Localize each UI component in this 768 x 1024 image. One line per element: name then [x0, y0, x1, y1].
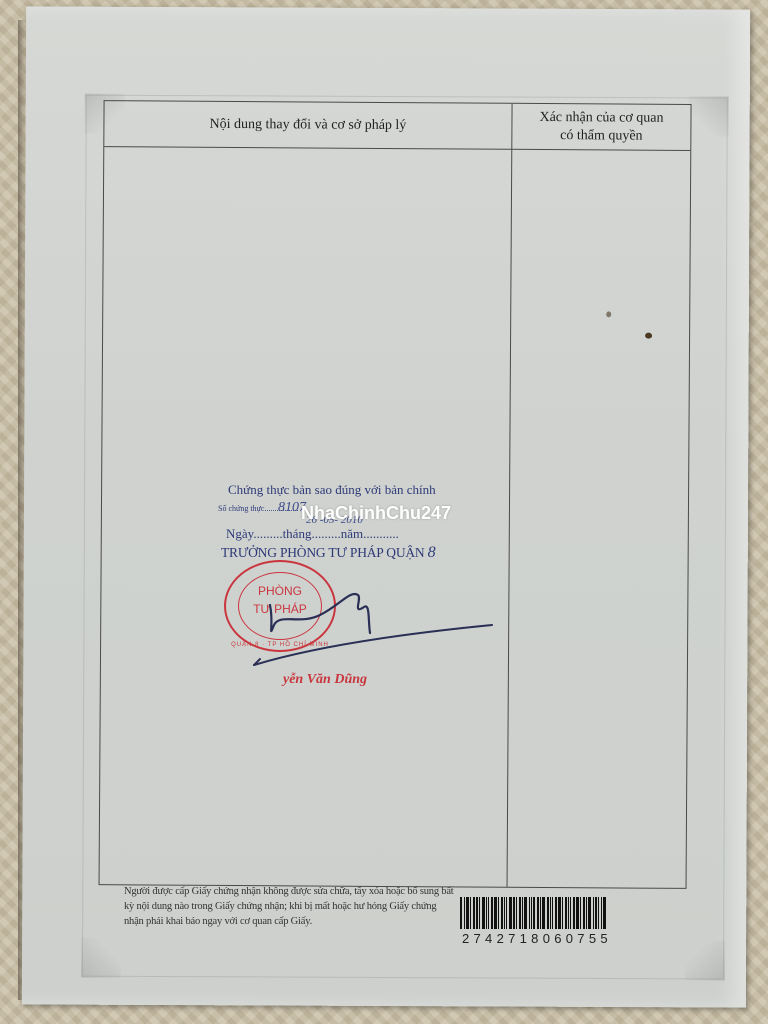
- barcode-icon: [460, 897, 644, 929]
- column-divider: [507, 104, 513, 887]
- certification-district: 8: [428, 544, 436, 561]
- column-header-confirmation: Xác nhận của cơ quan có thẩm quyền: [512, 104, 690, 150]
- certification-date-line: Ngày.........tháng.........năm..........…: [226, 526, 399, 542]
- paper-stain: [645, 333, 652, 339]
- paper-stain: [606, 311, 611, 317]
- signer-name: yễn Văn Dũng: [283, 672, 367, 688]
- legal-notice: Người được cấp Giấy chứng nhận không đượ…: [124, 884, 456, 929]
- corner-ornament-icon: [81, 938, 121, 978]
- column-header-changes-label: Nội dung thay đổi và cơ sở pháp lý: [209, 116, 406, 133]
- signature-icon: [240, 585, 500, 675]
- barcode-number: 2742718060755: [462, 931, 612, 946]
- watermark-text: NhaChinhChu247: [301, 503, 451, 524]
- column-header-changes: Nội dung thay đổi và cơ sở pháp lý: [104, 101, 511, 149]
- column-header-confirmation-line1: Xác nhận của cơ quan: [539, 108, 663, 127]
- corner-ornament-icon: [685, 940, 725, 980]
- corner-ornament-icon: [689, 96, 729, 136]
- certification-title: Chứng thực bản sao đúng với bản chính: [228, 482, 436, 498]
- certification-office: TRƯỞNG PHÒNG TƯ PHÁP QUẬN 8: [221, 544, 435, 562]
- column-header-confirmation-line2: có thẩm quyền: [560, 127, 643, 146]
- certification-office-title: TRƯỞNG PHÒNG TƯ PHÁP QUẬN: [221, 545, 424, 560]
